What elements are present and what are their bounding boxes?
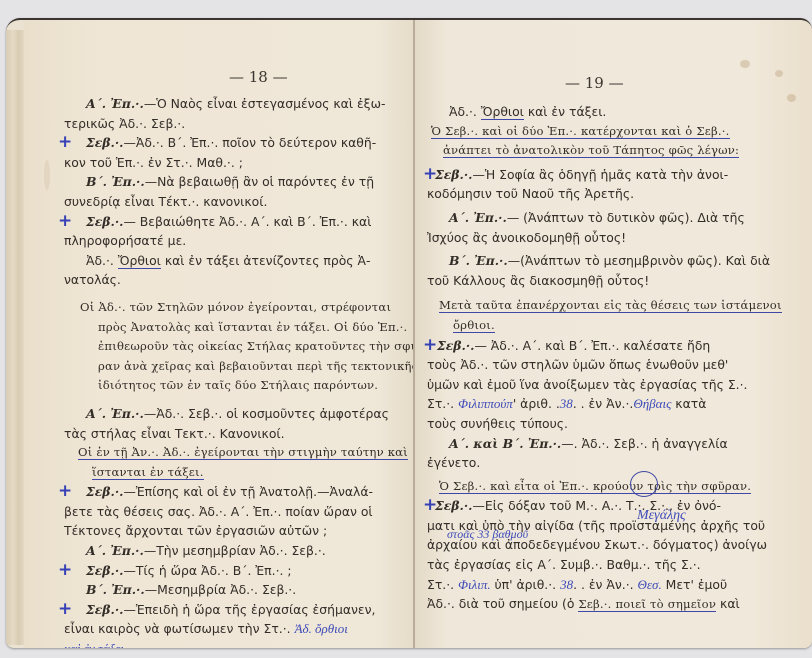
line-text: τερικῶς Ἀδ.·. Σεβ.·. xyxy=(64,116,185,131)
text-line: Ἀδ.·. διὰ τοῦ σημείου (ὁ Σεβ.·. ποιεῖ τὸ… xyxy=(427,594,807,615)
text-line: +Σεβ.·.— Ἀδ.·. Α΄. καὶ Β΄. Ἐπ.·. καλέσατ… xyxy=(427,336,807,356)
handwritten-fill: 38 xyxy=(560,577,573,592)
text-line: τοὺς συνήθεις τύπους. xyxy=(427,414,807,434)
line-text: — Ἀδ.·. Α΄. καὶ Β΄. Ἐπ.·. καλέσατε ἤδη xyxy=(474,338,710,353)
line-text: Στ.·. xyxy=(427,396,454,411)
line-text: καὶ ἐν τάξει ἀτενίζοντες πρὸς Ἀ- xyxy=(165,253,371,268)
pen-underline: ἀνάπτει τὸ ἀνατολικὸν τοῦ Τάπητος φῶς λέ… xyxy=(443,143,739,158)
text-line: καὶ ἐν τάξει xyxy=(64,639,424,648)
handwritten-fill: Φιλιππούπ xyxy=(458,396,513,411)
pen-underline: Ὄρθιοι xyxy=(481,104,524,120)
rubric-line: ὄρθιοι. xyxy=(427,316,807,336)
text-line: Ἀδ.·. Ὄρθιοι καὶ ἐν τάξει ἀτενίζοντες πρ… xyxy=(64,251,424,271)
text-line: κοδόμησιν τοῦ Ναοῦ τῆς Ἀρετῆς. xyxy=(427,184,807,204)
line-text: Μετ' ἐμοῦ xyxy=(662,577,727,592)
line-text: κον τοῦ Ἐπ.·. ἐν Στ.·. Μαθ.·. ; xyxy=(64,155,243,170)
right-page-text: Ἀδ.·. Ὄρθιοι καὶ ἐν τάξει. Ὁ Σεβ.·. καὶ … xyxy=(427,102,807,615)
text-line: τὰς ἐργασίας εἰς Α΄. Συμβ.·. Βαθμ.·. τῆς… xyxy=(427,555,807,575)
line-text: —(Ἀνάπτων τὸ μεσημβρινὸν φῶς). Καὶ διὰ xyxy=(508,253,770,268)
right-page: — 19 — Ἀδ.·. Ὄρθιοι καὶ ἐν τάξει. Ὁ Σεβ.… xyxy=(415,20,812,648)
text-line: Β΄. Ἐπ.·.—(Ἀνάπτων τὸ μεσημβρινὸν φῶς). … xyxy=(427,251,807,271)
text-line: τερικῶς Ἀδ.·. Σεβ.·. xyxy=(64,114,424,134)
cross-mark-icon: + xyxy=(58,600,72,619)
text-line: τοῦ Κάλλους ἂς διακοσμηθῇ οὗτος! xyxy=(427,271,807,291)
rubric-line: πρὸς Ἀνατολὰς καὶ ἵστανται ἐν τάξει. Οἱ … xyxy=(64,318,424,338)
line-text: ὑπ' ἀριθ.·. xyxy=(491,577,560,592)
handwritten-insertion: Μεγάλης xyxy=(637,506,686,526)
text-line: βετε τὰς θέσεις σας. Ἀδ.·. Α΄. Ἐπ.·. ποί… xyxy=(64,502,424,522)
line-prefix: Ἀδ.·. xyxy=(449,104,477,119)
text-line: κον τοῦ Ἐπ.·. ἐν Στ.·. Μαθ.·. ; xyxy=(64,153,424,173)
pen-underline: Ὁ Σεβ.·. καὶ εἶτα οἱ Ἐπ.·. κρούουν τρὶς … xyxy=(439,479,751,494)
line-text: — Βεβαιώθητε Ἀδ.·. Α΄. καὶ Β΄. Ἐπ.·. καὶ xyxy=(123,214,371,229)
text-line: ἐγένετο. xyxy=(427,453,807,473)
line-text: . . ἐν Ἀν.·. xyxy=(573,577,634,592)
handwritten-note: Ἀδ. ὄρθιοι xyxy=(295,621,348,636)
page-edges xyxy=(6,30,24,645)
line-text: Τέκτονες ἄρχονται τῶν ἐργασιῶν αὐτῶν ; xyxy=(64,523,327,538)
line-text: —Τὴν μεσημβρίαν Ἀδ.·. Σεβ.·. xyxy=(144,543,326,558)
text-line: συνεδρίᾳ εἶναι Τέκτ.·. κανονικοί. xyxy=(64,192,424,212)
pen-underline: Ὁ Σεβ.·. καὶ οἱ δύο Ἐπ.·. κατέρχονται κα… xyxy=(431,124,730,139)
left-page: — 18 — Α΄. Ἐπ.·.—Ὁ Ναὸς εἶναι ἐστεγασμέν… xyxy=(24,20,414,648)
text-line: Ἀδ.·. Ὄρθιοι καὶ ἐν τάξει. xyxy=(427,102,807,122)
line-text: —Τίς ἡ ὥρα Ἀδ.·. Β΄. Ἐπ.·. ; xyxy=(123,563,291,578)
line-prefix: Ἀδ.·. xyxy=(86,253,114,268)
pen-underline: Οἱ ἐν τῇ Ἀν.·. Ἀδ.·. ἐγείρονται τὴν στιγ… xyxy=(78,445,408,460)
pen-underline: Ὄρθιοι xyxy=(118,253,161,269)
speaker-label: Β΄. Ἐπ.·. xyxy=(86,174,145,189)
line-text: . . ἐν Ἀν.·. xyxy=(573,396,634,411)
line-text: Ἀδ.·. διὰ τοῦ σημείου (ὁ xyxy=(427,596,574,611)
line-text: Στ.·. xyxy=(427,577,454,592)
line-text: ἐγένετο. xyxy=(427,455,480,470)
speaker-label: Σεβ.·. xyxy=(86,484,123,499)
cross-mark-icon: + xyxy=(423,336,437,355)
cross-mark-icon: + xyxy=(423,496,437,515)
speaker-label: Σεβ.·. xyxy=(437,338,474,353)
line-text: κατὰ xyxy=(671,396,706,411)
pen-underline: Σεβ.·. ποιεῖ τὸ σημεῖον xyxy=(578,597,716,612)
speaker-label: Α΄. Ἐπ.·. xyxy=(449,210,507,225)
handwritten-note: καὶ ἐν τάξει xyxy=(64,641,124,648)
text-line: εἶναι καιρὸς νὰ φωτίσωμεν τὴν Στ.·. Ἀδ. … xyxy=(64,619,424,639)
text-line: +Σεβ.·.—Ἡ Σοφία ἂς ὁδηγῇ ἡμᾶς κατὰ τὴν ἀ… xyxy=(427,165,807,185)
line-text: βετε τὰς θέσεις σας. Ἀδ.·. Α΄. Ἐπ.·. ποί… xyxy=(64,504,373,519)
text-line: τὰς στήλας εἶναι Τεκτ.·. Κανονικοί. xyxy=(64,424,424,444)
speaker-label: Σεβ.·. xyxy=(435,498,472,513)
open-book: — 18 — Α΄. Ἐπ.·.—Ὁ Ναὸς εἶναι ἐστεγασμέν… xyxy=(6,18,812,648)
line-text: πληροφορήσατέ με. xyxy=(64,233,186,248)
line-text: νατολάς. xyxy=(64,272,121,287)
pen-underline: ὄρθιοι. xyxy=(453,318,495,333)
rubric-line: Ὁ Σεβ.·. καὶ οἱ δύο Ἐπ.·. κατέρχονται κα… xyxy=(427,122,807,142)
speaker-label: Α΄. Ἐπ.·. xyxy=(86,406,144,421)
line-text: ' ἀριθ. . xyxy=(513,396,560,411)
speaker-label: Σεβ.·. xyxy=(86,214,123,229)
rubric-line: ἰδιότητος τῶν ἐν ταῖς δύο Στήλαις παρόντ… xyxy=(64,376,424,396)
page-number: — 19 — xyxy=(565,74,624,92)
stain xyxy=(740,60,750,68)
text-line: Α΄. Ἐπ.·.— (Ἀνάπτων τὸ δυτικὸν φῶς). Διὰ… xyxy=(427,208,807,228)
text-line: +Σεβ.·.—Ἐπειδὴ ἡ ὥρα τῆς ἐργασίας ἐσήμαν… xyxy=(64,600,424,620)
handwritten-insertion: στοᾶς 33 βαθμοῦ xyxy=(447,525,528,545)
speaker-label: Σεβ.·. xyxy=(86,563,123,578)
speaker-label: Σεβ.·. xyxy=(86,602,123,617)
speaker-label: Σεβ.·. xyxy=(435,167,472,182)
text-line: Α΄. Ἐπ.·.—Τὴν μεσημβρίαν Ἀδ.·. Σεβ.·. xyxy=(64,541,424,561)
line-text: καὶ ἐν τάξει. xyxy=(528,104,607,119)
cross-mark-icon: + xyxy=(58,133,72,152)
text-line: +Σεβ.·.—Τίς ἡ ὥρα Ἀδ.·. Β΄. Ἐπ.·. ; xyxy=(64,561,424,581)
stain xyxy=(787,94,796,102)
text-line: ὑμῶν καὶ ἐμοῦ ἵνα ἀνοίξωμεν τὰς ἐργασίας… xyxy=(427,375,807,395)
cross-mark-icon: + xyxy=(423,165,437,184)
speaker-label: Β΄. Ἐπ.·. xyxy=(449,253,508,268)
cross-mark-icon: + xyxy=(58,212,72,231)
text-line: Στ.·. Φιλιππούπ' ἀριθ. .38. . ἐν Ἀν.·.Θή… xyxy=(427,394,807,414)
line-text: τοῦ Κάλλους ἂς διακοσμηθῇ οὗτος! xyxy=(427,273,649,288)
pen-underline: ἵστανται ἐν τάξει. xyxy=(92,465,204,480)
rubric-line: Ὁ Σεβ.·. καὶ εἶτα οἱ Ἐπ.·. κρούουν τρὶς … xyxy=(427,477,807,497)
line-text: Ἰσχύος ἂς ἀνοικοδομηθῇ οὗτος! xyxy=(427,230,626,245)
pen-circle-mark xyxy=(630,471,658,497)
speaker-label: Σεβ.·. xyxy=(86,135,123,150)
line-text: ὑμῶν καὶ ἐμοῦ ἵνα ἀνοίξωμεν τὰς ἐργασίας… xyxy=(427,377,747,392)
line-text: —Ἀδ.·. Σεβ.·. οἱ κοσμοῦντες ἀμφοτέρας xyxy=(144,406,389,421)
handwritten-fill: 38 xyxy=(560,396,573,411)
line-text: καὶ xyxy=(720,596,740,611)
line-text: —Ὁ Ναὸς εἶναι ἐστεγασμένος καὶ ἐξω- xyxy=(144,96,386,111)
rubric-line: Οἱ Ἀδ.·. τῶν Στηλῶν μόνον ἐγείρονται, στ… xyxy=(64,298,424,318)
cross-mark-icon: + xyxy=(58,561,72,580)
line-text: τοὺς Ἀδ.·. τῶν στηλῶν ὑμῶν ὅπως ἑνωθοῦν … xyxy=(427,357,728,372)
speaker-label: Β΄. Ἐπ.·. xyxy=(86,582,145,597)
line-text: συνεδρίᾳ εἶναι Τέκτ.·. κανονικοί. xyxy=(64,194,267,209)
text-line: Τέκτονες ἄρχονται τῶν ἐργασιῶν αὐτῶν ; xyxy=(64,521,424,541)
line-text: — (Ἀνάπτων τὸ δυτικὸν φῶς). Διὰ τῆς xyxy=(507,210,745,225)
handwritten-fill: Φιλιπ. xyxy=(458,577,491,592)
text-line: Α΄. Ἐπ.·.—Ὁ Ναὸς εἶναι ἐστεγασμένος καὶ … xyxy=(64,94,424,114)
rubric-line: ἵστανται ἐν τάξει. xyxy=(64,463,424,483)
rubric-line: ἀνάπτει τὸ ἀνατολικὸν τοῦ Τάπητος φῶς λέ… xyxy=(427,141,807,161)
text-line: τοὺς Ἀδ.·. τῶν στηλῶν ὑμῶν ὅπως ἑνωθοῦν … xyxy=(427,355,807,375)
line-text: —Ἐπειδὴ ἡ ὥρα τῆς ἐργασίας ἐσήμανεν, xyxy=(123,602,375,617)
text-line: Α΄. καὶ Β΄. Ἐπ.·.—. Ἀδ.·. Σεβ.·. ἡ ἀναγγ… xyxy=(427,434,807,454)
line-text: —Ἀδ.·. Β΄. Ἐπ.·. ποῖον τὸ δεύτερον καθῆ- xyxy=(123,135,376,150)
text-line: +Σεβ.·.—Ἐπίσης καὶ οἱ ἐν τῇ Ἀνατολῇ.—Ἀνα… xyxy=(64,482,424,502)
line-text: εἶναι καιρὸς νὰ φωτίσωμεν τὴν Στ.·. xyxy=(64,621,291,636)
handwritten-fill: Θεσ. xyxy=(638,577,662,592)
speaker-label: Α΄. καὶ Β΄. Ἐπ.·. xyxy=(449,436,561,451)
line-text: τοὺς συνήθεις τύπους. xyxy=(427,416,568,431)
line-text: —. Ἀδ.·. Σεβ.·. ἡ ἀναγγελία xyxy=(561,436,727,451)
text-line: Β΄. Ἐπ.·.—Μεσημβρία Ἀδ.·. Σεβ.·. xyxy=(64,580,424,600)
line-text: τὰς στήλας εἶναι Τεκτ.·. Κανονικοί. xyxy=(64,426,285,441)
text-line: Ἰσχύος ἂς ἀνοικοδομηθῇ οὗτος! xyxy=(427,228,807,248)
text-line: Στ.·. Φιλιπ. ὑπ' ἀριθ.·. 38. . ἐν Ἀν.·. … xyxy=(427,575,807,595)
text-line: πληροφορήσατέ με. xyxy=(64,231,424,251)
page-number: — 18 — xyxy=(229,68,288,86)
text-line: +Σεβ.·.—Ἀδ.·. Β΄. Ἐπ.·. ποῖον τὸ δεύτερο… xyxy=(64,133,424,153)
text-line: νατολάς. xyxy=(64,270,424,290)
line-text: —Νὰ βεβαιωθῇ ἂν οἱ παρόντες ἐν τῇ xyxy=(145,174,374,189)
rubric-line: ἐπιθεωροῦν τὰς οἰκείας Στήλας κρατοῦντες… xyxy=(64,337,424,357)
pen-underline: Μετὰ ταῦτα ἐπανέρχονται εἰς τὰς θέσεις τ… xyxy=(439,298,782,313)
stain xyxy=(44,160,50,190)
left-page-text: Α΄. Ἐπ.·.—Ὁ Ναὸς εἶναι ἐστεγασμένος καὶ … xyxy=(64,94,424,648)
line-text: —Μεσημβρία Ἀδ.·. Σεβ.·. xyxy=(145,582,297,597)
text-line: +Σεβ.·.—Εἰς δόξαν τοῦ Μ.·. Α.·. Τ.·. Σ.·… xyxy=(427,496,807,516)
stain xyxy=(775,70,783,77)
text-line: Β΄. Ἐπ.·.—Νὰ βεβαιωθῇ ἂν οἱ παρόντες ἐν … xyxy=(64,172,424,192)
line-text: —Ἡ Σοφία ἂς ὁδηγῇ ἡμᾶς κατὰ τὴν ἀνοι- xyxy=(472,167,728,182)
text-line: +Σεβ.·.— Βεβαιώθητε Ἀδ.·. Α΄. καὶ Β΄. Ἐπ… xyxy=(64,212,424,232)
text-line: ἀρχαίου καὶ ἀποδεδεγμένου Σκωτ.·. δόγματ… xyxy=(427,535,807,555)
cross-mark-icon: + xyxy=(58,482,72,501)
rubric-line: Μετὰ ταῦτα ἐπανέρχονται εἰς τὰς θέσεις τ… xyxy=(427,296,807,316)
line-text: —Ἐπίσης καὶ οἱ ἐν τῇ Ἀνατολῇ.—Ἀναλά- xyxy=(123,484,373,499)
text-line: Α΄. Ἐπ.·.—Ἀδ.·. Σεβ.·. οἱ κοσμοῦντες ἀμφ… xyxy=(64,404,424,424)
speaker-label: Α΄. Ἐπ.·. xyxy=(86,543,144,558)
handwritten-fill: Θήβαις xyxy=(633,396,671,411)
rubric-line: ραν ἀνὰ χεῖρας καὶ βεβαιοῦνται περὶ τῆς … xyxy=(64,357,424,377)
line-text: τὰς ἐργασίας εἰς Α΄. Συμβ.·. Βαθμ.·. τῆς… xyxy=(427,557,701,572)
line-text: κοδόμησιν τοῦ Ναοῦ τῆς Ἀρετῆς. xyxy=(427,186,634,201)
speaker-label: Α΄. Ἐπ.·. xyxy=(86,96,144,111)
rubric-line: Οἱ ἐν τῇ Ἀν.·. Ἀδ.·. ἐγείρονται τὴν στιγ… xyxy=(64,443,424,463)
